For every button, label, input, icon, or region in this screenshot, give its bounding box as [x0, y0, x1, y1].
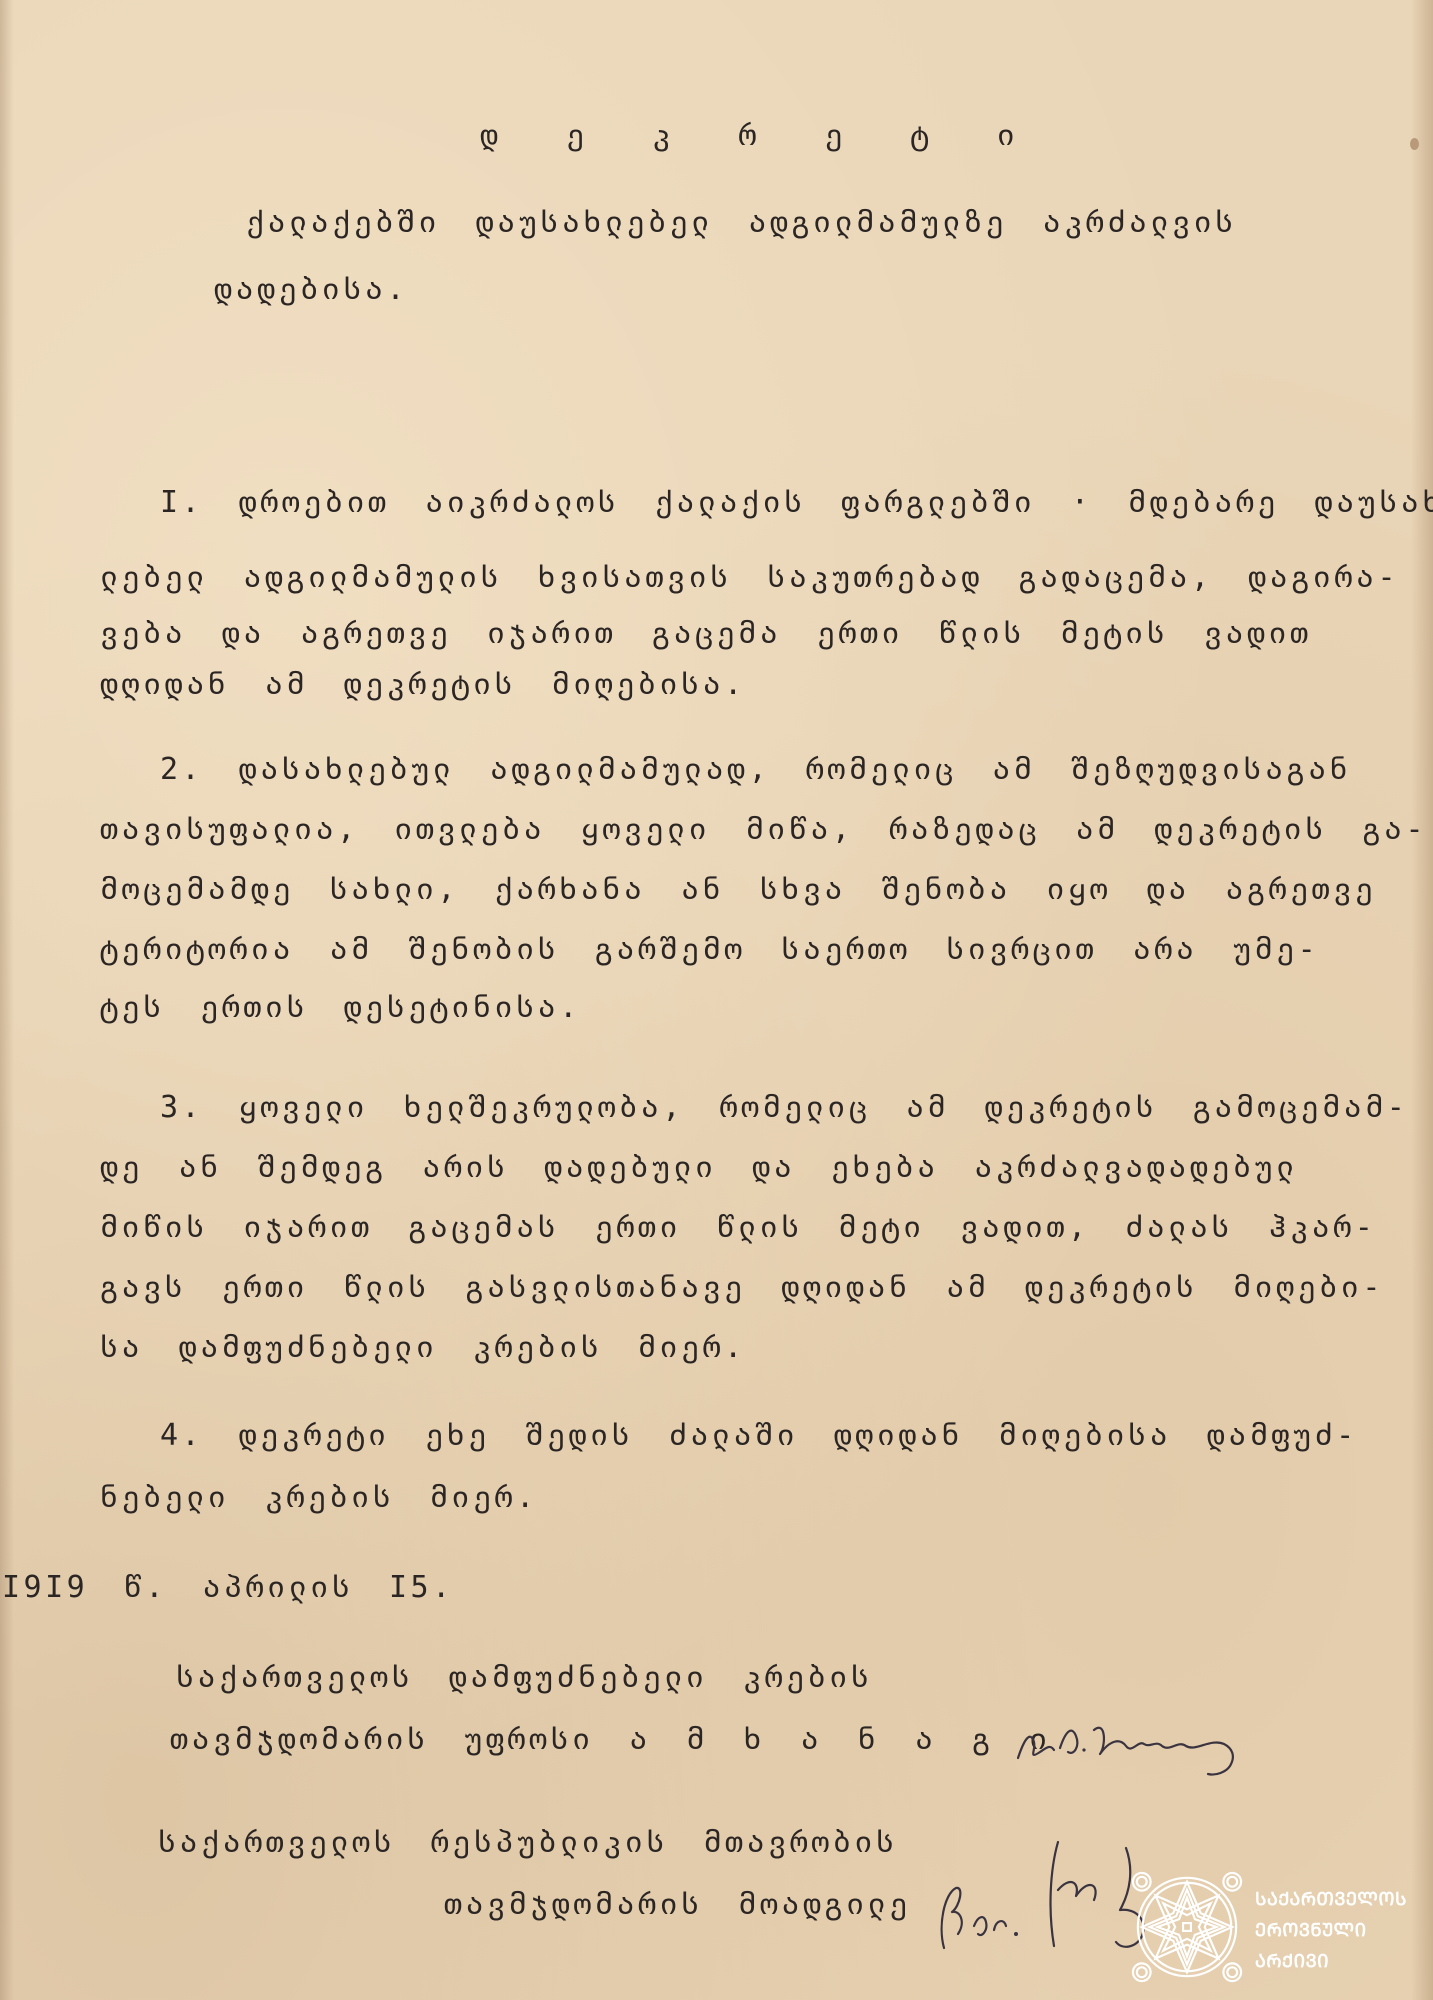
archive-name-line-1: ᲡᲐᲥᲐᲠᲗᲕᲔᲚᲝᲡ [1255, 1884, 1407, 1915]
national-archives-watermark: ᲡᲐᲥᲐᲠᲗᲕᲔᲚᲝᲡ ᲔᲠᲝᲕᲜᲣᲚᲘ ᲐᲠᲥᲘᲕᲘ [1128, 1868, 1428, 1993]
section-line: მიწის იჯარით გაცემას ერთი წლის მეტი ვადი… [100, 1210, 1390, 1245]
section-line: სა დამფუძნებელი კრების მიერ. [100, 1330, 1390, 1365]
archive-name-line-2: ᲔᲠᲝᲕᲜᲣᲚᲘ [1255, 1915, 1407, 1946]
section-line: ვება და აგრეთვე იჯარით გაცემა ერთი წლის … [100, 616, 1390, 651]
section-line: თავისუფალია, ითვლება ყოველი მიწა, რაზედა… [100, 812, 1390, 847]
document-subtitle-line-2: დადებისა. [214, 272, 408, 307]
section-line: ტერიტორია ამ შენობის გარშემო საერთო სივრ… [100, 932, 1390, 967]
section-line: 2. დასახლებულ ადგილმამულად, რომელიც ამ შ… [160, 752, 1351, 787]
signatory-title-line: საქართველოს რესპუბლიკის მთავრობის [158, 1825, 898, 1860]
section-line: 4. დეკრეტი ეხე შედის ძალაში დღიდან მიღებ… [160, 1418, 1358, 1453]
page-edge-left [0, 0, 14, 2000]
signatory-title-line: თავმჯდომარის მოადგილე [444, 1887, 911, 1922]
archive-name-line-3: ᲐᲠᲥᲘᲕᲘ [1255, 1946, 1407, 1977]
section-line: 3. ყოველი ხელშეკრულობა, რომელიც ამ დეკრე… [160, 1090, 1408, 1125]
archive-emblem-icon [1128, 1868, 1246, 1986]
page-edge-right [1411, 0, 1433, 2000]
section-line: ნებელი კრების მიერ. [100, 1480, 1390, 1515]
section-line: დღიდან ამ დეკრეტის მიღებისა. [100, 667, 1390, 702]
paper-stain [1410, 138, 1419, 150]
section-line: დე ან შემდეგ არის დადებული და ეხება აკრძ… [100, 1150, 1390, 1185]
section-line: მოცემამდე სახლი, ქარხანა ან სხვა შენობა … [100, 872, 1390, 907]
section-line: გავს ერთი წლის გასვლისთანავე დღიდან ამ დ… [100, 1270, 1390, 1305]
document-date: I9I9 წ. აპრილის I5. [2, 1570, 454, 1605]
section-line: I. დროებით აიკრძალოს ქალაქის ფარგლებში ·… [160, 485, 1433, 520]
section-line: ტეს ერთის დესეტინისა. [100, 990, 1390, 1025]
document-subtitle-line-1: ქალაქებში დაუსახლებელ ადგილმამულზე აკრძა… [246, 205, 1237, 240]
document-title: დ ე კ რ ე ტ ი [480, 118, 1033, 153]
signatory-title-line: თავმჯდომარის უფროსი ა მ ხ ა ნ ა გ ი [170, 1722, 1051, 1757]
section-line: ლებელ ადგილმამულის ხვისათვის საკუთრებად … [100, 560, 1390, 595]
signatory-title-line: საქართველოს დამფუძნებელი კრების [176, 1660, 872, 1695]
archive-name: ᲡᲐᲥᲐᲠᲗᲕᲔᲚᲝᲡ ᲔᲠᲝᲕᲜᲣᲚᲘ ᲐᲠᲥᲘᲕᲘ [1255, 1884, 1407, 1977]
